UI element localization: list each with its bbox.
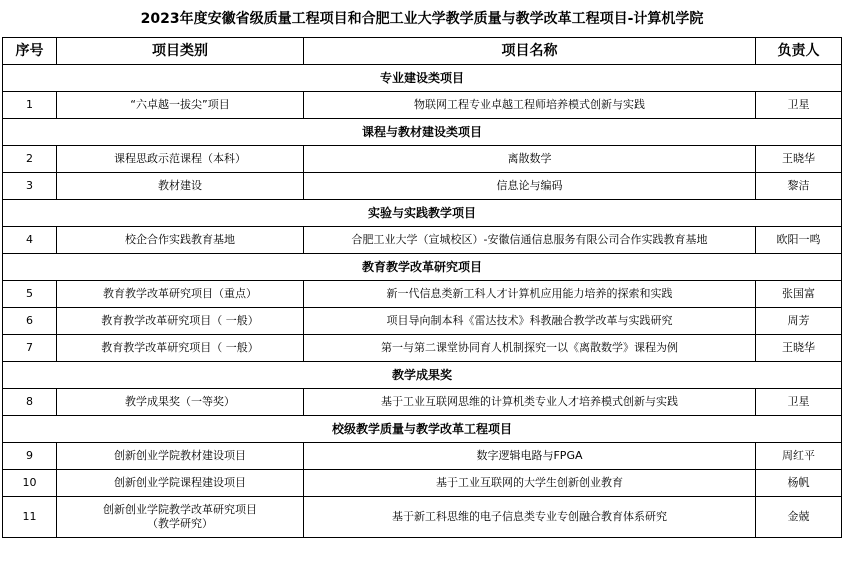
cell-name: 离散数学 bbox=[304, 146, 756, 173]
table-row: 2 课程思政示范课程（本科） 离散数学 王晓华 bbox=[3, 146, 842, 173]
cell-name: 新一代信息类新工科人才计算机应用能力培养的探索和实践 bbox=[304, 281, 756, 308]
cell-lead: 卫星 bbox=[756, 389, 842, 416]
table-row: 10 创新创业学院课程建设项目 基于工业互联网的大学生创新创业教育 杨帆 bbox=[3, 470, 842, 497]
table-row: 3 教材建设 信息论与编码 黎洁 bbox=[3, 173, 842, 200]
section-title: 实验与实践教学项目 bbox=[3, 200, 842, 227]
cell-category: 教育教学改革研究项目（ 一般） bbox=[57, 335, 304, 362]
cell-name: 基于工业互联网的大学生创新创业教育 bbox=[304, 470, 756, 497]
cell-no: 4 bbox=[3, 227, 57, 254]
cell-lead: 欧阳一鸣 bbox=[756, 227, 842, 254]
table-row: 9 创新创业学院教材建设项目 数字逻辑电路与FPGA 周红平 bbox=[3, 443, 842, 470]
section-row: 教学成果奖 bbox=[3, 362, 842, 389]
table-row: 7 教育教学改革研究项目（ 一般） 第一与第二课堂协同育人机制探究一以《离散数学… bbox=[3, 335, 842, 362]
cell-category: “六卓越一拔尖”项目 bbox=[57, 92, 304, 119]
cell-lead: 金兢 bbox=[756, 497, 842, 538]
header-lead: 负责人 bbox=[756, 38, 842, 65]
cell-no: 10 bbox=[3, 470, 57, 497]
section-title: 课程与教材建设类项目 bbox=[3, 119, 842, 146]
cell-name: 基于工业互联网思维的计算机类专业人才培养模式创新与实践 bbox=[304, 389, 756, 416]
cell-category: 教学成果奖（一等奖） bbox=[57, 389, 304, 416]
header-category: 项目类别 bbox=[57, 38, 304, 65]
cell-lead: 黎洁 bbox=[756, 173, 842, 200]
cell-category-line2: （教学研究） bbox=[59, 517, 301, 531]
cell-name: 物联网工程专业卓越工程师培养模式创新与实践 bbox=[304, 92, 756, 119]
section-title: 专业建设类项目 bbox=[3, 65, 842, 92]
table-row: 11 创新创业学院教学改革研究项目 （教学研究） 基于新工科思维的电子信息类专业… bbox=[3, 497, 842, 538]
cell-no: 8 bbox=[3, 389, 57, 416]
cell-category: 创新创业学院课程建设项目 bbox=[57, 470, 304, 497]
cell-lead: 卫星 bbox=[756, 92, 842, 119]
cell-name: 数字逻辑电路与FPGA bbox=[304, 443, 756, 470]
cell-name: 基于新工科思维的电子信息类专业专创融合教育体系研究 bbox=[304, 497, 756, 538]
projects-table: 序号 项目类别 项目名称 负责人 专业建设类项目 1 “六卓越一拔尖”项目 物联… bbox=[2, 37, 842, 538]
table-row: 1 “六卓越一拔尖”项目 物联网工程专业卓越工程师培养模式创新与实践 卫星 bbox=[3, 92, 842, 119]
document-title: 2023年度安徽省级质量工程项目和合肥工业大学教学质量与教学改革工程项目-计算机… bbox=[0, 8, 844, 30]
section-row: 课程与教材建设类项目 bbox=[3, 119, 842, 146]
table-row: 6 教育教学改革研究项目（ 一般） 项目导向制本科《雷达技术》科教融合教学改革与… bbox=[3, 308, 842, 335]
table-row: 8 教学成果奖（一等奖） 基于工业互联网思维的计算机类专业人才培养模式创新与实践… bbox=[3, 389, 842, 416]
cell-no: 6 bbox=[3, 308, 57, 335]
cell-name: 合肥工业大学（宣城校区）-安徽信通信息服务有限公司合作实践教育基地 bbox=[304, 227, 756, 254]
cell-lead: 杨帆 bbox=[756, 470, 842, 497]
header-name: 项目名称 bbox=[304, 38, 756, 65]
section-row: 校级教学质量与教学改革工程项目 bbox=[3, 416, 842, 443]
table-row: 4 校企合作实践教育基地 合肥工业大学（宣城校区）-安徽信通信息服务有限公司合作… bbox=[3, 227, 842, 254]
cell-lead: 王晓华 bbox=[756, 146, 842, 173]
cell-no: 7 bbox=[3, 335, 57, 362]
cell-lead: 张国富 bbox=[756, 281, 842, 308]
cell-category: 创新创业学院教材建设项目 bbox=[57, 443, 304, 470]
cell-no: 2 bbox=[3, 146, 57, 173]
cell-name: 信息论与编码 bbox=[304, 173, 756, 200]
cell-category: 教材建设 bbox=[57, 173, 304, 200]
cell-category: 教育教学改革研究项目（ 一般） bbox=[57, 308, 304, 335]
cell-name: 第一与第二课堂协同育人机制探究一以《离散数学》课程为例 bbox=[304, 335, 756, 362]
cell-category: 校企合作实践教育基地 bbox=[57, 227, 304, 254]
section-row: 教育教学改革研究项目 bbox=[3, 254, 842, 281]
section-title: 教学成果奖 bbox=[3, 362, 842, 389]
cell-no: 11 bbox=[3, 497, 57, 538]
table-row: 5 教育教学改革研究项目（重点） 新一代信息类新工科人才计算机应用能力培养的探索… bbox=[3, 281, 842, 308]
cell-category: 创新创业学院教学改革研究项目 （教学研究） bbox=[57, 497, 304, 538]
cell-no: 9 bbox=[3, 443, 57, 470]
cell-category: 课程思政示范课程（本科） bbox=[57, 146, 304, 173]
section-row: 实验与实践教学项目 bbox=[3, 200, 842, 227]
section-title: 教育教学改革研究项目 bbox=[3, 254, 842, 281]
cell-name: 项目导向制本科《雷达技术》科教融合教学改革与实践研究 bbox=[304, 308, 756, 335]
cell-no: 3 bbox=[3, 173, 57, 200]
table-header-row: 序号 项目类别 项目名称 负责人 bbox=[3, 38, 842, 65]
cell-no: 1 bbox=[3, 92, 57, 119]
cell-category: 教育教学改革研究项目（重点） bbox=[57, 281, 304, 308]
cell-no: 5 bbox=[3, 281, 57, 308]
cell-category-line1: 创新创业学院教学改革研究项目 bbox=[59, 503, 301, 517]
header-no: 序号 bbox=[3, 38, 57, 65]
cell-lead: 周芳 bbox=[756, 308, 842, 335]
section-title: 校级教学质量与教学改革工程项目 bbox=[3, 416, 842, 443]
section-row: 专业建设类项目 bbox=[3, 65, 842, 92]
cell-lead: 王晓华 bbox=[756, 335, 842, 362]
cell-lead: 周红平 bbox=[756, 443, 842, 470]
